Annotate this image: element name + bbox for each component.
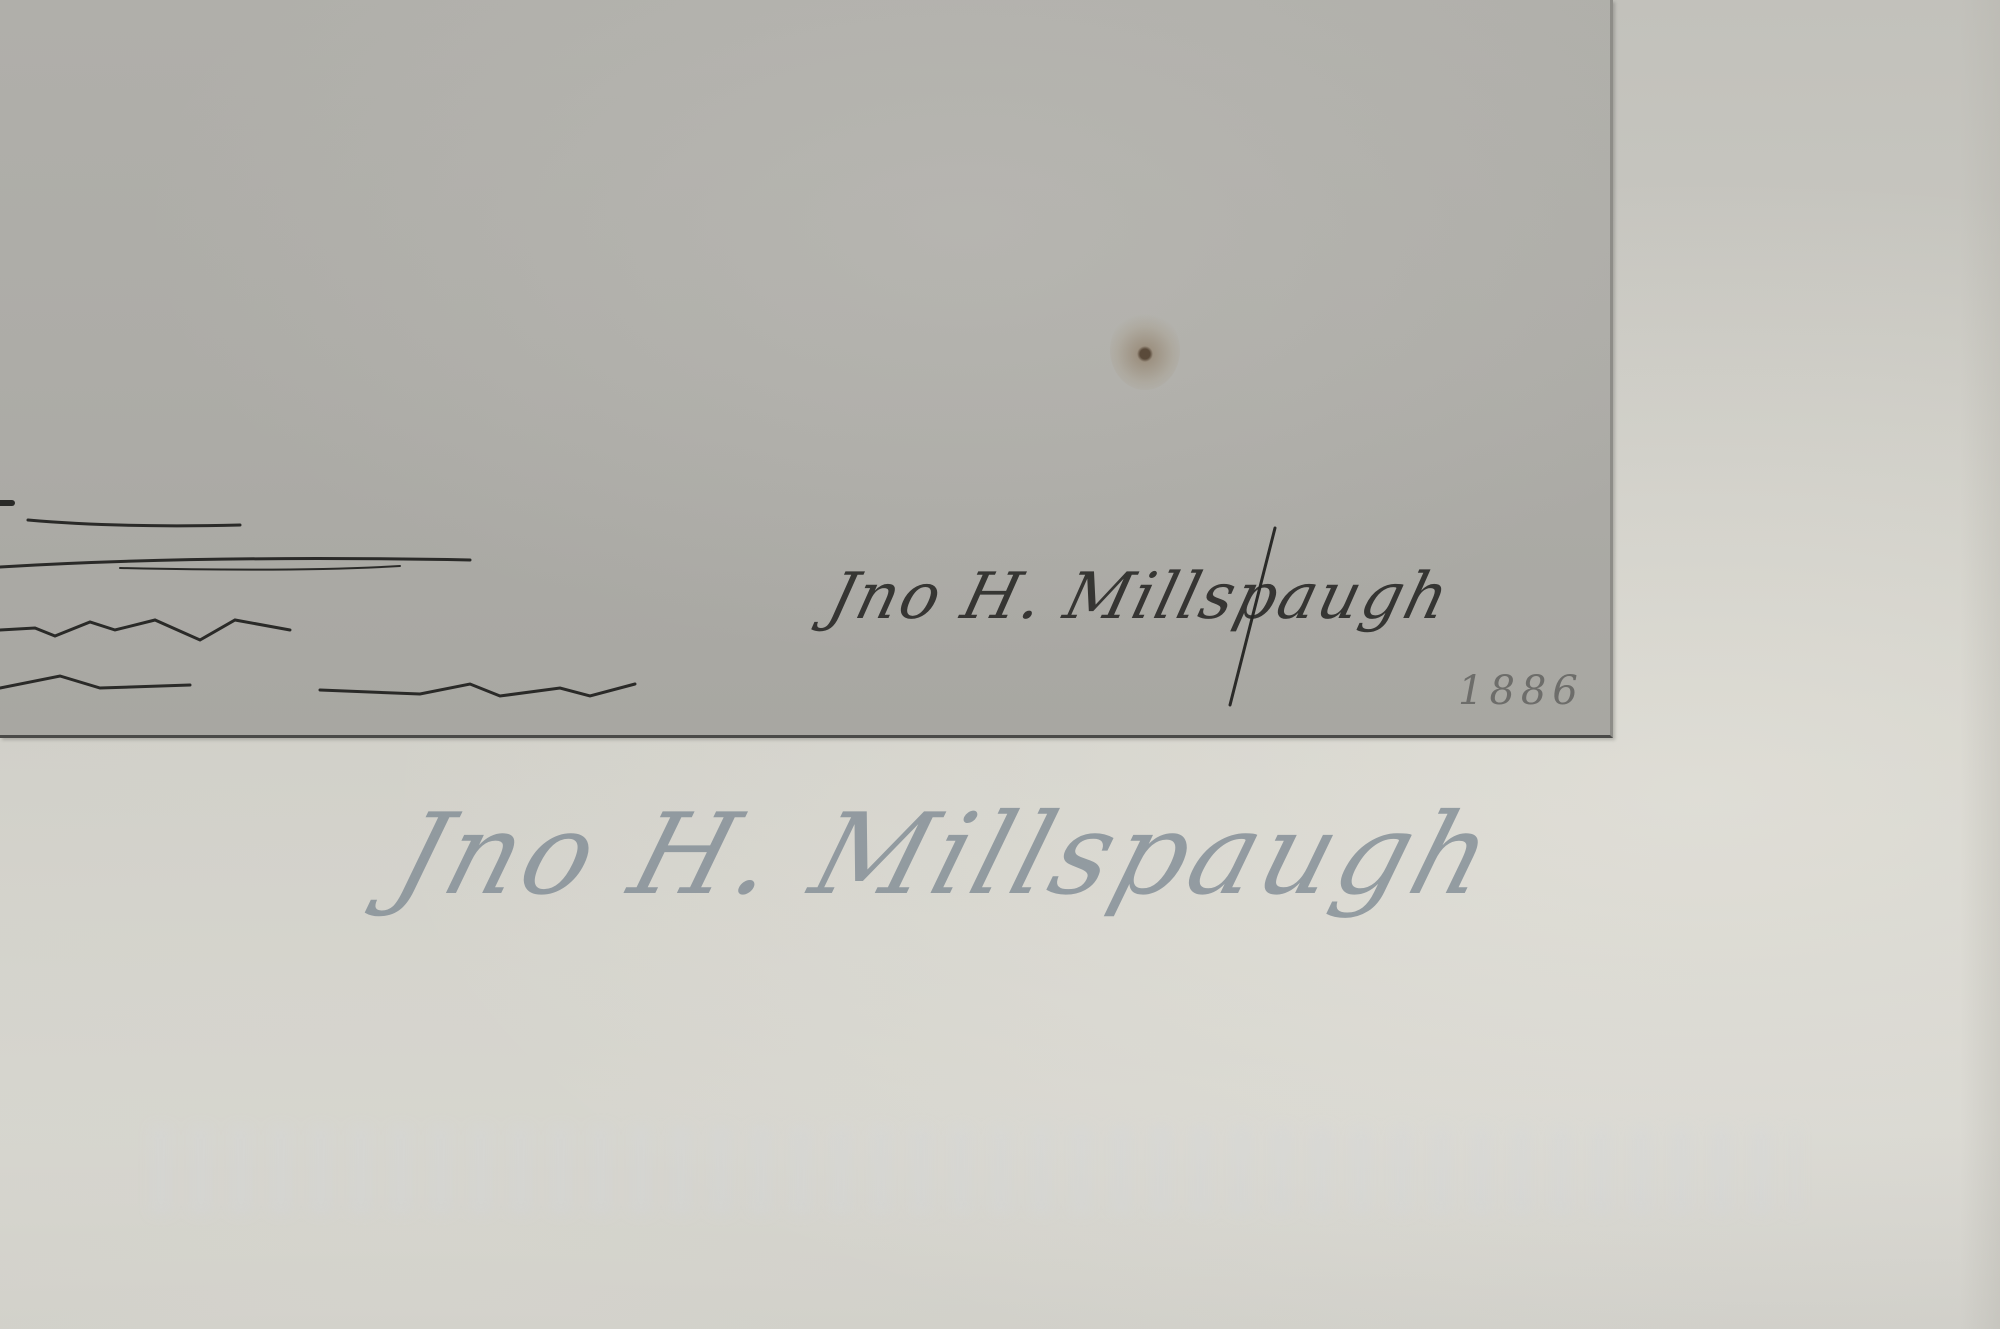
frame-edge [1960,0,2000,1329]
plate-date: 1886 [1458,668,1584,714]
faint-show-through-text [150,1125,1800,1215]
photograph: Jno H. Millspaugh 1886 Jno H. Millspaugh [0,0,2000,1329]
pencil-signature: Jno H. Millspaugh [381,790,1509,920]
plate-signature: Jno H. Millspaugh [821,560,1458,634]
